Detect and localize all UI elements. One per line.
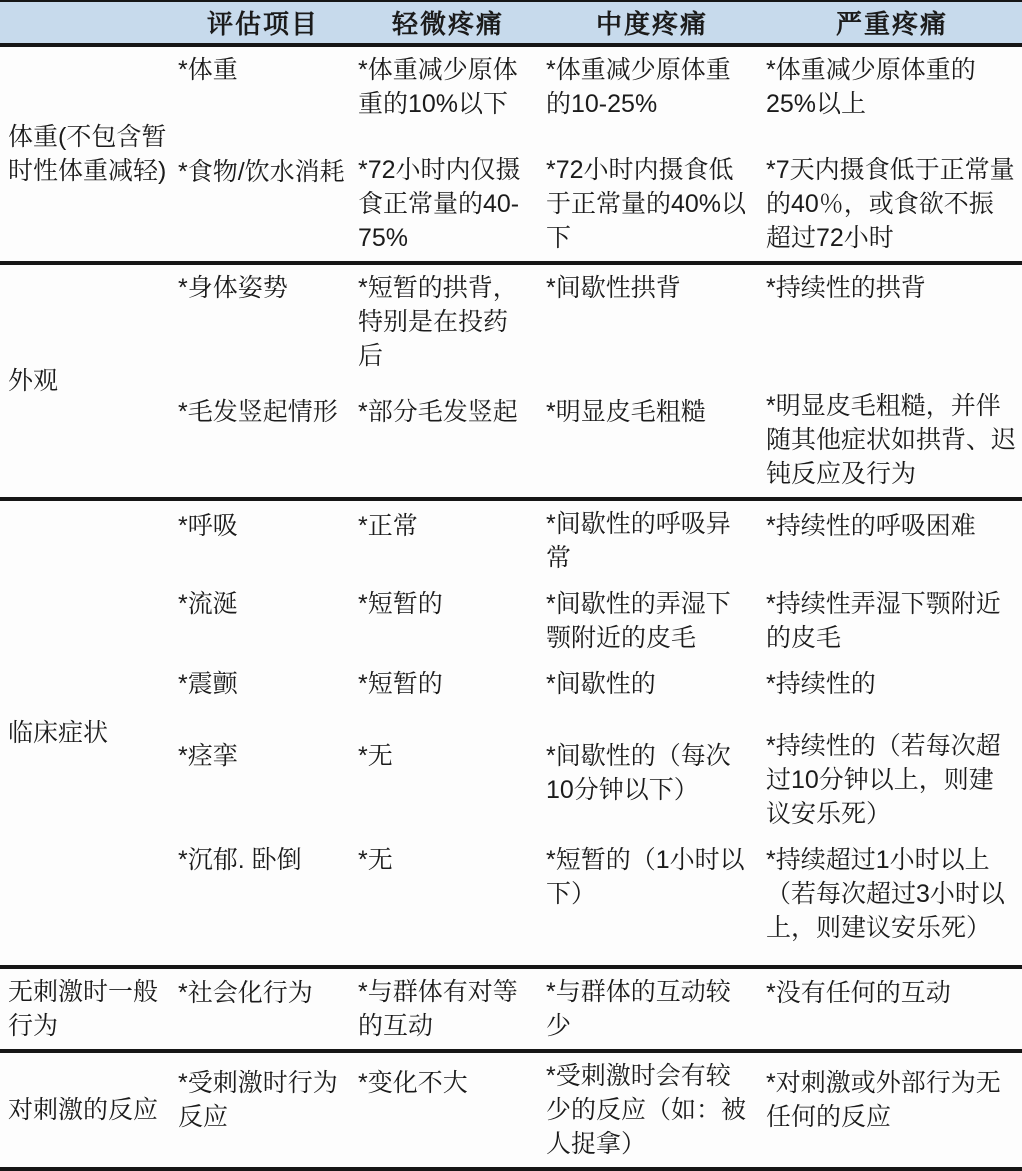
mild-cell: *正常 <box>354 503 542 579</box>
mild-cell: *短暂的 <box>354 661 542 723</box>
table-section: 外观*身体姿势*短暂的拱背，特别是在投药后*间歇性拱背*持续性的拱背*毛发竖起情… <box>0 265 1022 501</box>
group-label: 体重(不包含暂时性体重减轻) <box>0 114 172 194</box>
header-severe-pain: 严重疼痛 <box>762 4 1022 41</box>
moderate-cell: *受刺激时会有较少的反应（如：被人捉拿） <box>542 1053 762 1167</box>
severe-cell: *7天内摄食低于正常量的40％，或食欲不振超过72小时 <box>762 147 1022 261</box>
severe-cell: *持续性的拱背 <box>762 265 1022 383</box>
mild-cell: *72小时内仅摄食正常量的40-75% <box>354 147 542 261</box>
group-label: 外观 <box>0 358 172 404</box>
mild-cell: *短暂的拱背，特别是在投药后 <box>354 265 542 383</box>
moderate-cell: *体重减少原体重的10-25% <box>542 47 762 147</box>
group-label: 对刺激的反应 <box>0 1087 172 1133</box>
table-section: 临床症状*呼吸*正常*间歇性的呼吸异常*持续性的呼吸困难*流涎*短暂的*间歇性的… <box>0 501 1022 969</box>
moderate-cell: *间歇性的（每次10分钟以下） <box>542 733 762 828</box>
moderate-cell: *明显皮毛粗糙 <box>542 389 762 492</box>
header-assessment-item: 评估项目 <box>172 4 354 41</box>
item-cell: *呼吸 <box>172 503 354 579</box>
item-cell: *受刺激时行为反应 <box>172 1060 354 1161</box>
item-cell: *身体姿势 <box>172 265 354 383</box>
moderate-cell: *间歇性的弄湿下颚附近的皮毛 <box>542 581 762 661</box>
mild-cell: *变化不大 <box>354 1060 542 1161</box>
item-cell: *食物/饮水消耗 <box>172 149 354 260</box>
item-cell: *社会化行为 <box>172 970 354 1048</box>
table-section: 对刺激的反应*受刺激时行为反应*变化不大*受刺激时会有较少的反应（如：被人捉拿）… <box>0 1053 1022 1167</box>
moderate-cell: *与群体的互动较少 <box>542 969 762 1049</box>
mild-cell: *部分毛发竖起 <box>354 389 542 492</box>
item-cell: *痉挛 <box>172 733 354 828</box>
pain-assessment-table: 评估项目 轻微疼痛 中度疼痛 严重疼痛 体重(不包含暂时性体重减轻)*体重*体重… <box>0 0 1022 1171</box>
group-label: 无刺激时一般行为 <box>0 969 172 1049</box>
moderate-cell: *短暂的（1小时以下） <box>542 837 762 965</box>
mild-cell: *无 <box>354 733 542 828</box>
header-mild-pain: 轻微疼痛 <box>354 4 542 41</box>
severe-cell: *持续性的 <box>762 661 1022 723</box>
mild-cell: *与群体有对等的互动 <box>354 969 542 1049</box>
mild-cell: *体重减少原体重的10%以下 <box>354 47 542 147</box>
severe-cell: *持续超过1小时以上（若每次超过3小时以上，则建议安乐死） <box>762 837 1022 965</box>
moderate-cell: *72小时内摄食低于正常量的40%以下 <box>542 147 762 261</box>
severe-cell: *体重减少原体重的25%以上 <box>762 47 1022 147</box>
group-label: 临床症状 <box>0 710 172 756</box>
table-body: 体重(不包含暂时性体重减轻)*体重*体重减少原体重的10%以下*体重减少原体重的… <box>0 47 1022 1167</box>
mild-cell: *短暂的 <box>354 581 542 661</box>
item-cell: *流涎 <box>172 581 354 661</box>
table-section: 无刺激时一般行为*社会化行为*与群体有对等的互动*与群体的互动较少*没有任何的互… <box>0 969 1022 1053</box>
severe-cell: *没有任何的互动 <box>762 970 1022 1048</box>
moderate-cell: *间歇性拱背 <box>542 265 762 383</box>
item-cell: *体重 <box>172 47 354 147</box>
severe-cell: *持续性的呼吸困难 <box>762 503 1022 579</box>
item-cell: *毛发竖起情形 <box>172 389 354 492</box>
table-section: 体重(不包含暂时性体重减轻)*体重*体重减少原体重的10%以下*体重减少原体重的… <box>0 47 1022 265</box>
moderate-cell: *间歇性的呼吸异常 <box>542 501 762 581</box>
mild-cell: *无 <box>354 837 542 965</box>
severe-cell: *对刺激或外部行为无任何的反应 <box>762 1060 1022 1161</box>
header-moderate-pain: 中度疼痛 <box>542 4 762 41</box>
item-cell: *震颤 <box>172 661 354 723</box>
table-header-row: 评估项目 轻微疼痛 中度疼痛 严重疼痛 <box>0 2 1022 47</box>
moderate-cell: *间歇性的 <box>542 661 762 723</box>
severe-cell: *持续性弄湿下颚附近的皮毛 <box>762 581 1022 661</box>
severe-cell: *明显皮毛粗糙，并伴随其他症状如拱背、迟钝反应及行为 <box>762 383 1022 497</box>
severe-cell: *持续性的（若每次超过10分钟以上，则建议安乐死） <box>762 723 1022 837</box>
item-cell: *沉郁. 卧倒 <box>172 837 354 965</box>
